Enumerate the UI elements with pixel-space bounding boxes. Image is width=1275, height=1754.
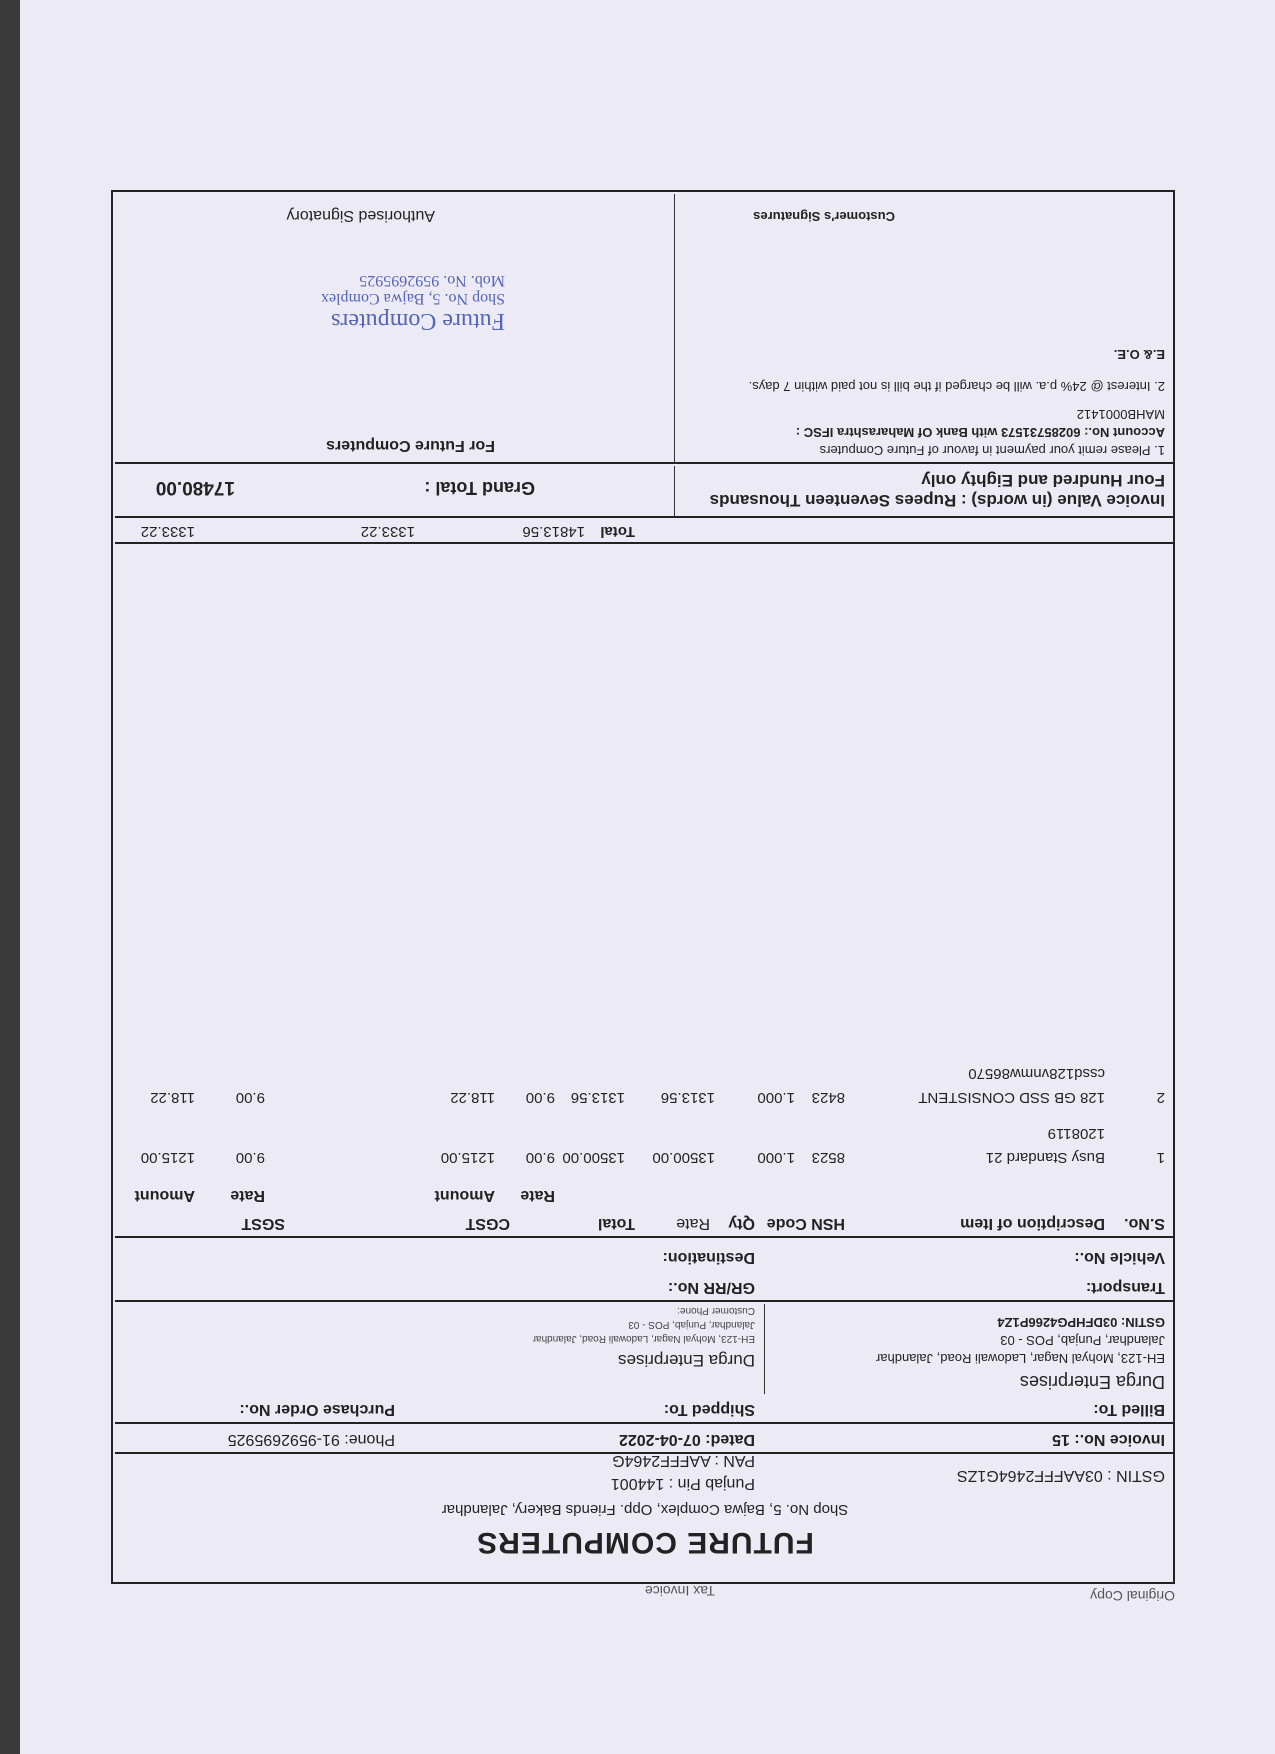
col-desc: Description of Item — [960, 1214, 1105, 1232]
totals-label: Total — [600, 523, 635, 540]
copy-label: Original Copy — [1090, 1588, 1175, 1604]
stamp-line-3: Mob. No. 9592695925 — [275, 271, 505, 289]
cell-cgst_amt: 1215.00 — [441, 1149, 495, 1166]
divider — [115, 516, 1175, 518]
shipped-address: EH-123, Mohyal Nagar, Ladowali Road, Jal… — [533, 1333, 755, 1344]
cell-sno: 2 — [1157, 1089, 1165, 1106]
ifsc: MAHB0001412 — [1077, 407, 1165, 422]
col-sno: S.No. — [1124, 1214, 1165, 1232]
totals-total: 14813.56 — [522, 523, 585, 540]
phone: Phone: 91-9592695925 — [228, 1430, 395, 1448]
transport: Transport: — [1086, 1278, 1165, 1296]
cell-rate: 13500.00 — [652, 1149, 715, 1166]
purchase-order: Purchase Order No.: — [239, 1400, 395, 1418]
cell-qty: 1.000 — [757, 1149, 795, 1166]
col-cgst: CGST — [466, 1214, 510, 1232]
shipped-state: Jalandhar, Punjab, POS - 03 — [628, 1319, 755, 1330]
col-hsn: HSN Code — [767, 1214, 845, 1232]
eoe: E.& O.E. — [1114, 347, 1165, 362]
col-total: Total — [598, 1214, 635, 1232]
invoice-date: Dated: 07-04-2022 — [619, 1430, 755, 1448]
divider — [115, 1452, 1175, 1454]
invoice-no: Invoice No.: 15 — [1052, 1430, 1165, 1448]
account-no: Account No.: 60285731573 with Bank Of Ma… — [796, 425, 1165, 440]
cell-desc: 128 GB SSD CONSISTENT — [918, 1089, 1105, 1106]
cell-serial: 1208119 — [1048, 1125, 1105, 1142]
stamp-line-2: Shop No. 5, Bajwa Complex — [275, 289, 505, 307]
gstin: GSTIN : 03AAFFF2464G1ZS — [957, 1466, 1165, 1484]
grand-total-value: 17480.00 — [156, 476, 235, 498]
cell-desc: Busy Standard 21 — [986, 1149, 1105, 1166]
shipped-name: Durga Enterprises — [618, 1350, 755, 1370]
divider — [115, 1236, 1175, 1238]
divider — [115, 542, 1175, 544]
col-sgst: SGST — [241, 1214, 285, 1232]
col-cgst-amount: Amount — [435, 1186, 495, 1204]
company-address: Shop No. 5, Bajwa Complex, Opp. Friends … — [115, 1501, 1175, 1518]
company-stamp: Future Computers Shop No. 5, Bajwa Compl… — [275, 244, 505, 334]
amount-in-words: Invoice Value (in words) : Rupees Sevent… — [685, 470, 1165, 510]
customer-signatures: Customer's Signatures — [753, 209, 895, 224]
col-cgst-rate: Rate — [520, 1186, 555, 1204]
cell-total: 1313.56 — [571, 1089, 625, 1106]
divider — [115, 462, 1175, 464]
cell-total: 13500.00 — [562, 1149, 625, 1166]
cell-sgst_amt: 1215.00 — [141, 1149, 195, 1166]
cell-cgst_amt: 118.22 — [450, 1089, 495, 1106]
billed-name: Durga Enterprises — [1020, 1371, 1165, 1392]
cell-cgst_rate: 9.00 — [526, 1149, 555, 1166]
cell-serial: cssd128vnmw86570 — [968, 1065, 1105, 1082]
totals-cgst: 1333.22 — [361, 523, 415, 540]
invoice-frame — [111, 190, 1175, 1584]
cell-hsn: 8423 — [812, 1089, 845, 1106]
cell-sno: 1 — [1157, 1149, 1165, 1166]
stamp-line-1: Future Computers — [275, 307, 505, 334]
invoice-rotated: Original Copy Tax Invoice FUTURE COMPUTE… — [20, 0, 1275, 1754]
cell-sgst_amt: 118.22 — [150, 1089, 195, 1106]
doc-type: Tax Invoice — [645, 1583, 715, 1599]
col-sgst-rate: Rate — [230, 1186, 265, 1204]
cell-sgst_rate: 9.00 — [236, 1149, 265, 1166]
vehicle-no: Vehicle No.: — [1074, 1248, 1165, 1266]
authorised-signatory: Authorised Signatory — [286, 206, 435, 224]
col-sgst-amount: Amount — [135, 1186, 195, 1204]
for-company: For Future Computers — [326, 436, 495, 454]
divider — [115, 1422, 1175, 1424]
divider — [764, 1304, 765, 1394]
cell-cgst_rate: 9.00 — [526, 1089, 555, 1106]
destination: Destination: — [663, 1248, 755, 1266]
cell-hsn: 8523 — [812, 1149, 845, 1166]
payment-note: 1. Please remit your payment in favour o… — [820, 443, 1165, 458]
divider — [674, 466, 675, 516]
col-qty: Qty — [728, 1214, 755, 1232]
cell-qty: 1.000 — [757, 1089, 795, 1106]
shipped-label: Shipped To: — [664, 1400, 755, 1418]
invoice-page: Original Copy Tax Invoice FUTURE COMPUTE… — [20, 0, 1275, 1754]
col-rate: Rate — [676, 1214, 710, 1232]
billed-state: Jalandhar, Punjab, POS - 03 — [1000, 1333, 1165, 1348]
grand-total-label: Grand Total : — [424, 477, 535, 498]
billed-gstin: GSTIN: 03DFHPG4266P1Z4 — [997, 1315, 1165, 1330]
interest-note: 2. Interest @ 24% p.a. will be charged i… — [749, 379, 1165, 394]
shipped-phone: Customer Phone: — [677, 1305, 755, 1316]
totals-sgst: 1333.22 — [141, 523, 195, 540]
billed-label: Billed To: — [1093, 1400, 1165, 1418]
billed-address: EH-123, Mohyal Nagar, Ladowali Road, Jal… — [876, 1351, 1165, 1366]
divider — [115, 1300, 1175, 1302]
company-name: FUTURE COMPUTERS — [115, 1525, 1175, 1559]
divider — [674, 194, 675, 462]
gr-rr-no: GR/RR No.: — [668, 1278, 755, 1296]
cell-sgst_rate: 9.00 — [236, 1089, 265, 1106]
cell-rate: 1313.56 — [661, 1089, 715, 1106]
state-pin: Punjab Pin : 144001 — [611, 1474, 755, 1492]
